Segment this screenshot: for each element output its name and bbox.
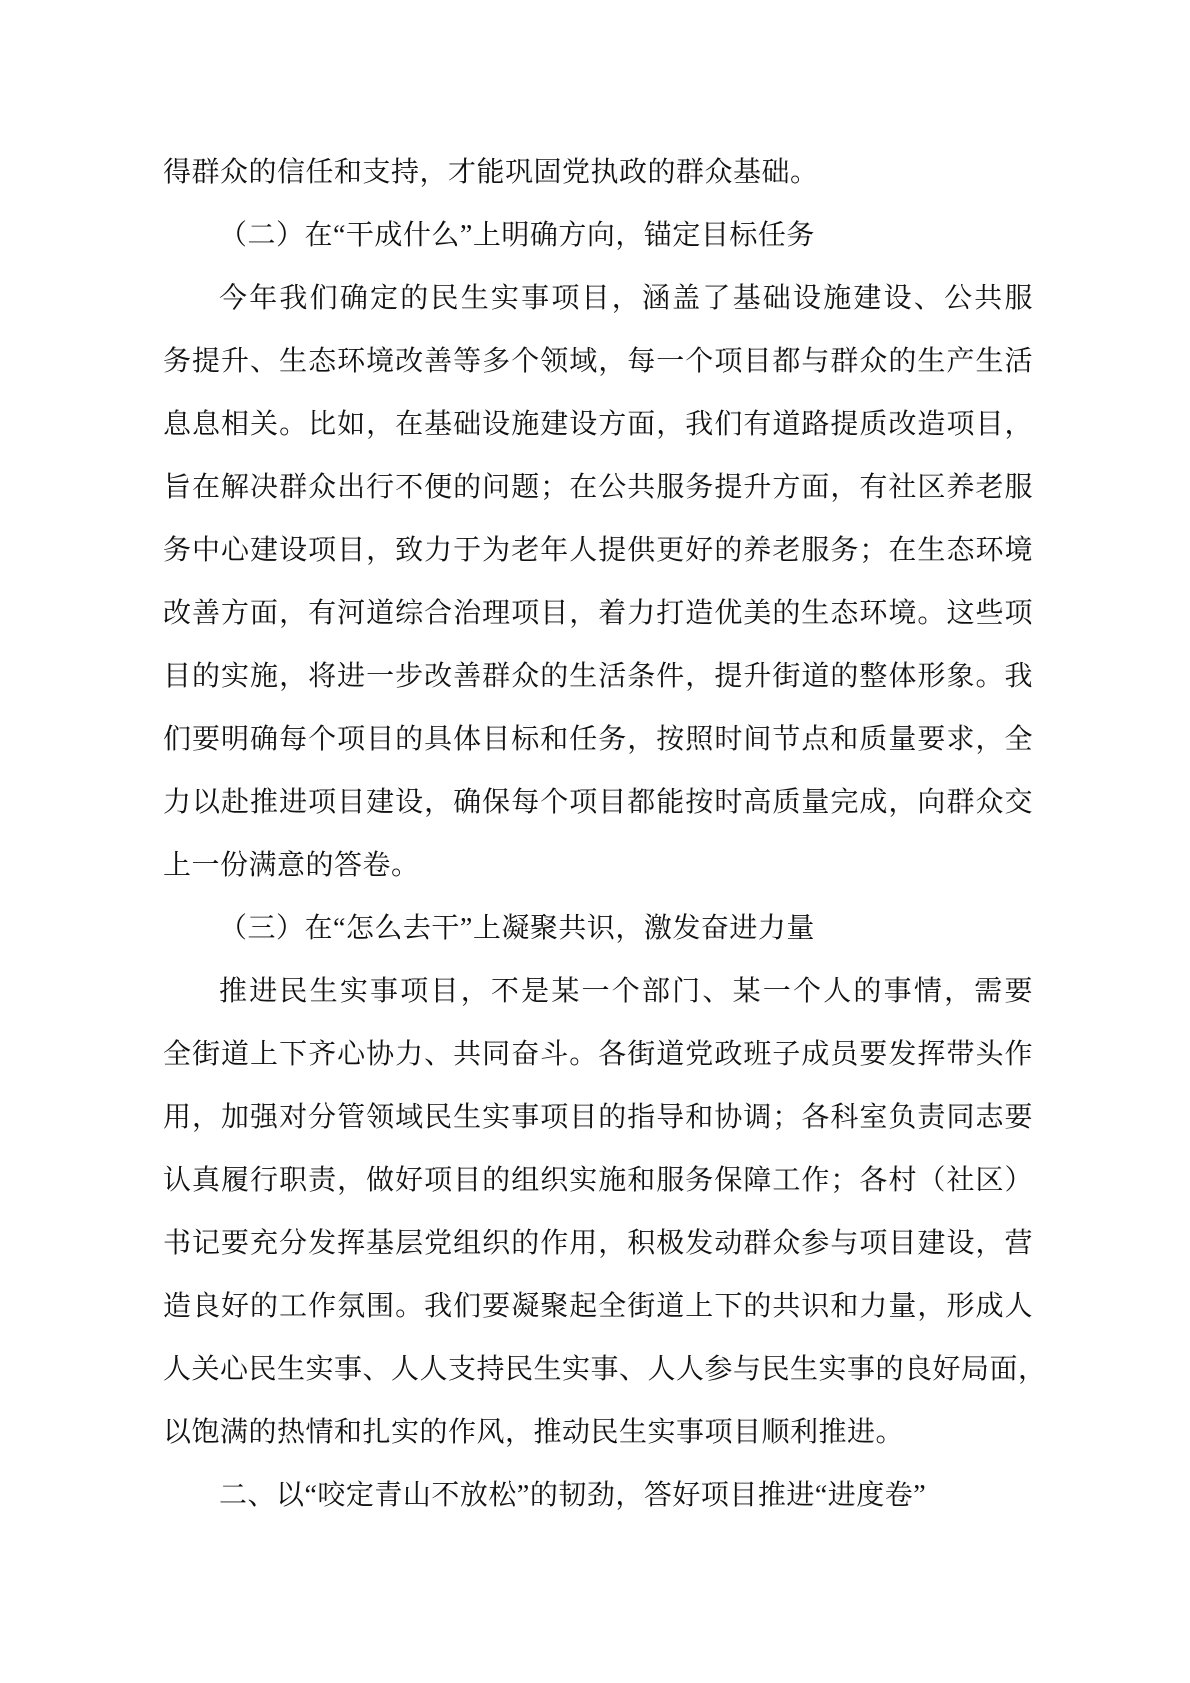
text-line-sub-heading: （三）在“怎么去干”上凝聚共识，激发奋进力量: [163, 897, 1033, 960]
text-line-body: 认真履行职责，做好项目的组织实施和服务保障工作；各村（社区）: [163, 1149, 1033, 1212]
text-line-body: 今年我们确定的民生实事项目，涵盖了基础设施建设、公共服: [163, 267, 1033, 330]
text-line-body: 以饱满的热情和扎实的作风，推动民生实事项目顺利推进。: [163, 1401, 1033, 1464]
text-line-body: 息息相关。比如，在基础设施建设方面，我们有道路提质改造项目，: [163, 393, 1033, 456]
document-body: 得群众的信任和支持，才能巩固党执政的群众基础。（二）在“干成什么”上明确方向，锚…: [163, 141, 1033, 1527]
text-line-body: 人关心民生实事、人人支持民生实事、人人参与民生实事的良好局面，: [163, 1338, 1033, 1401]
text-line-body: 旨在解决群众出行不便的问题；在公共服务提升方面，有社区养老服: [163, 456, 1033, 519]
text-line-body: 们要明确每个项目的具体目标和任务，按照时间节点和质量要求，全: [163, 708, 1033, 771]
document-page: 得群众的信任和支持，才能巩固党执政的群众基础。（二）在“干成什么”上明确方向，锚…: [0, 0, 1190, 1683]
text-line-body: 目的实施，将进一步改善群众的生活条件，提升街道的整体形象。我: [163, 645, 1033, 708]
text-line-body: 全街道上下齐心协力、共同奋斗。各街道党政班子成员要发挥带头作: [163, 1023, 1033, 1086]
text-line-body: 用，加强对分管领域民生实事项目的指导和协调；各科室负责同志要: [163, 1086, 1033, 1149]
text-line-body: 务中心建设项目，致力于为老年人提供更好的养老服务；在生态环境: [163, 519, 1033, 582]
text-line-section-heading: 二、以“咬定青山不放松”的韧劲，答好项目推进“进度卷”: [163, 1464, 1033, 1527]
text-line-body: 书记要充分发挥基层党组织的作用，积极发动群众参与项目建设，营: [163, 1212, 1033, 1275]
text-line-paragraph-continuation: 得群众的信任和支持，才能巩固党执政的群众基础。: [163, 141, 1033, 204]
text-line-sub-heading: （二）在“干成什么”上明确方向，锚定目标任务: [163, 204, 1033, 267]
text-line-body: 务提升、生态环境改善等多个领域，每一个项目都与群众的生产生活: [163, 330, 1033, 393]
text-line-body: 上一份满意的答卷。: [163, 834, 1033, 897]
text-line-body: 造良好的工作氛围。我们要凝聚起全街道上下的共识和力量，形成人: [163, 1275, 1033, 1338]
text-line-body: 力以赴推进项目建设，确保每个项目都能按时高质量完成，向群众交: [163, 771, 1033, 834]
text-line-body: 改善方面，有河道综合治理项目，着力打造优美的生态环境。这些项: [163, 582, 1033, 645]
text-line-body: 推进民生实事项目，不是某一个部门、某一个人的事情，需要: [163, 960, 1033, 1023]
